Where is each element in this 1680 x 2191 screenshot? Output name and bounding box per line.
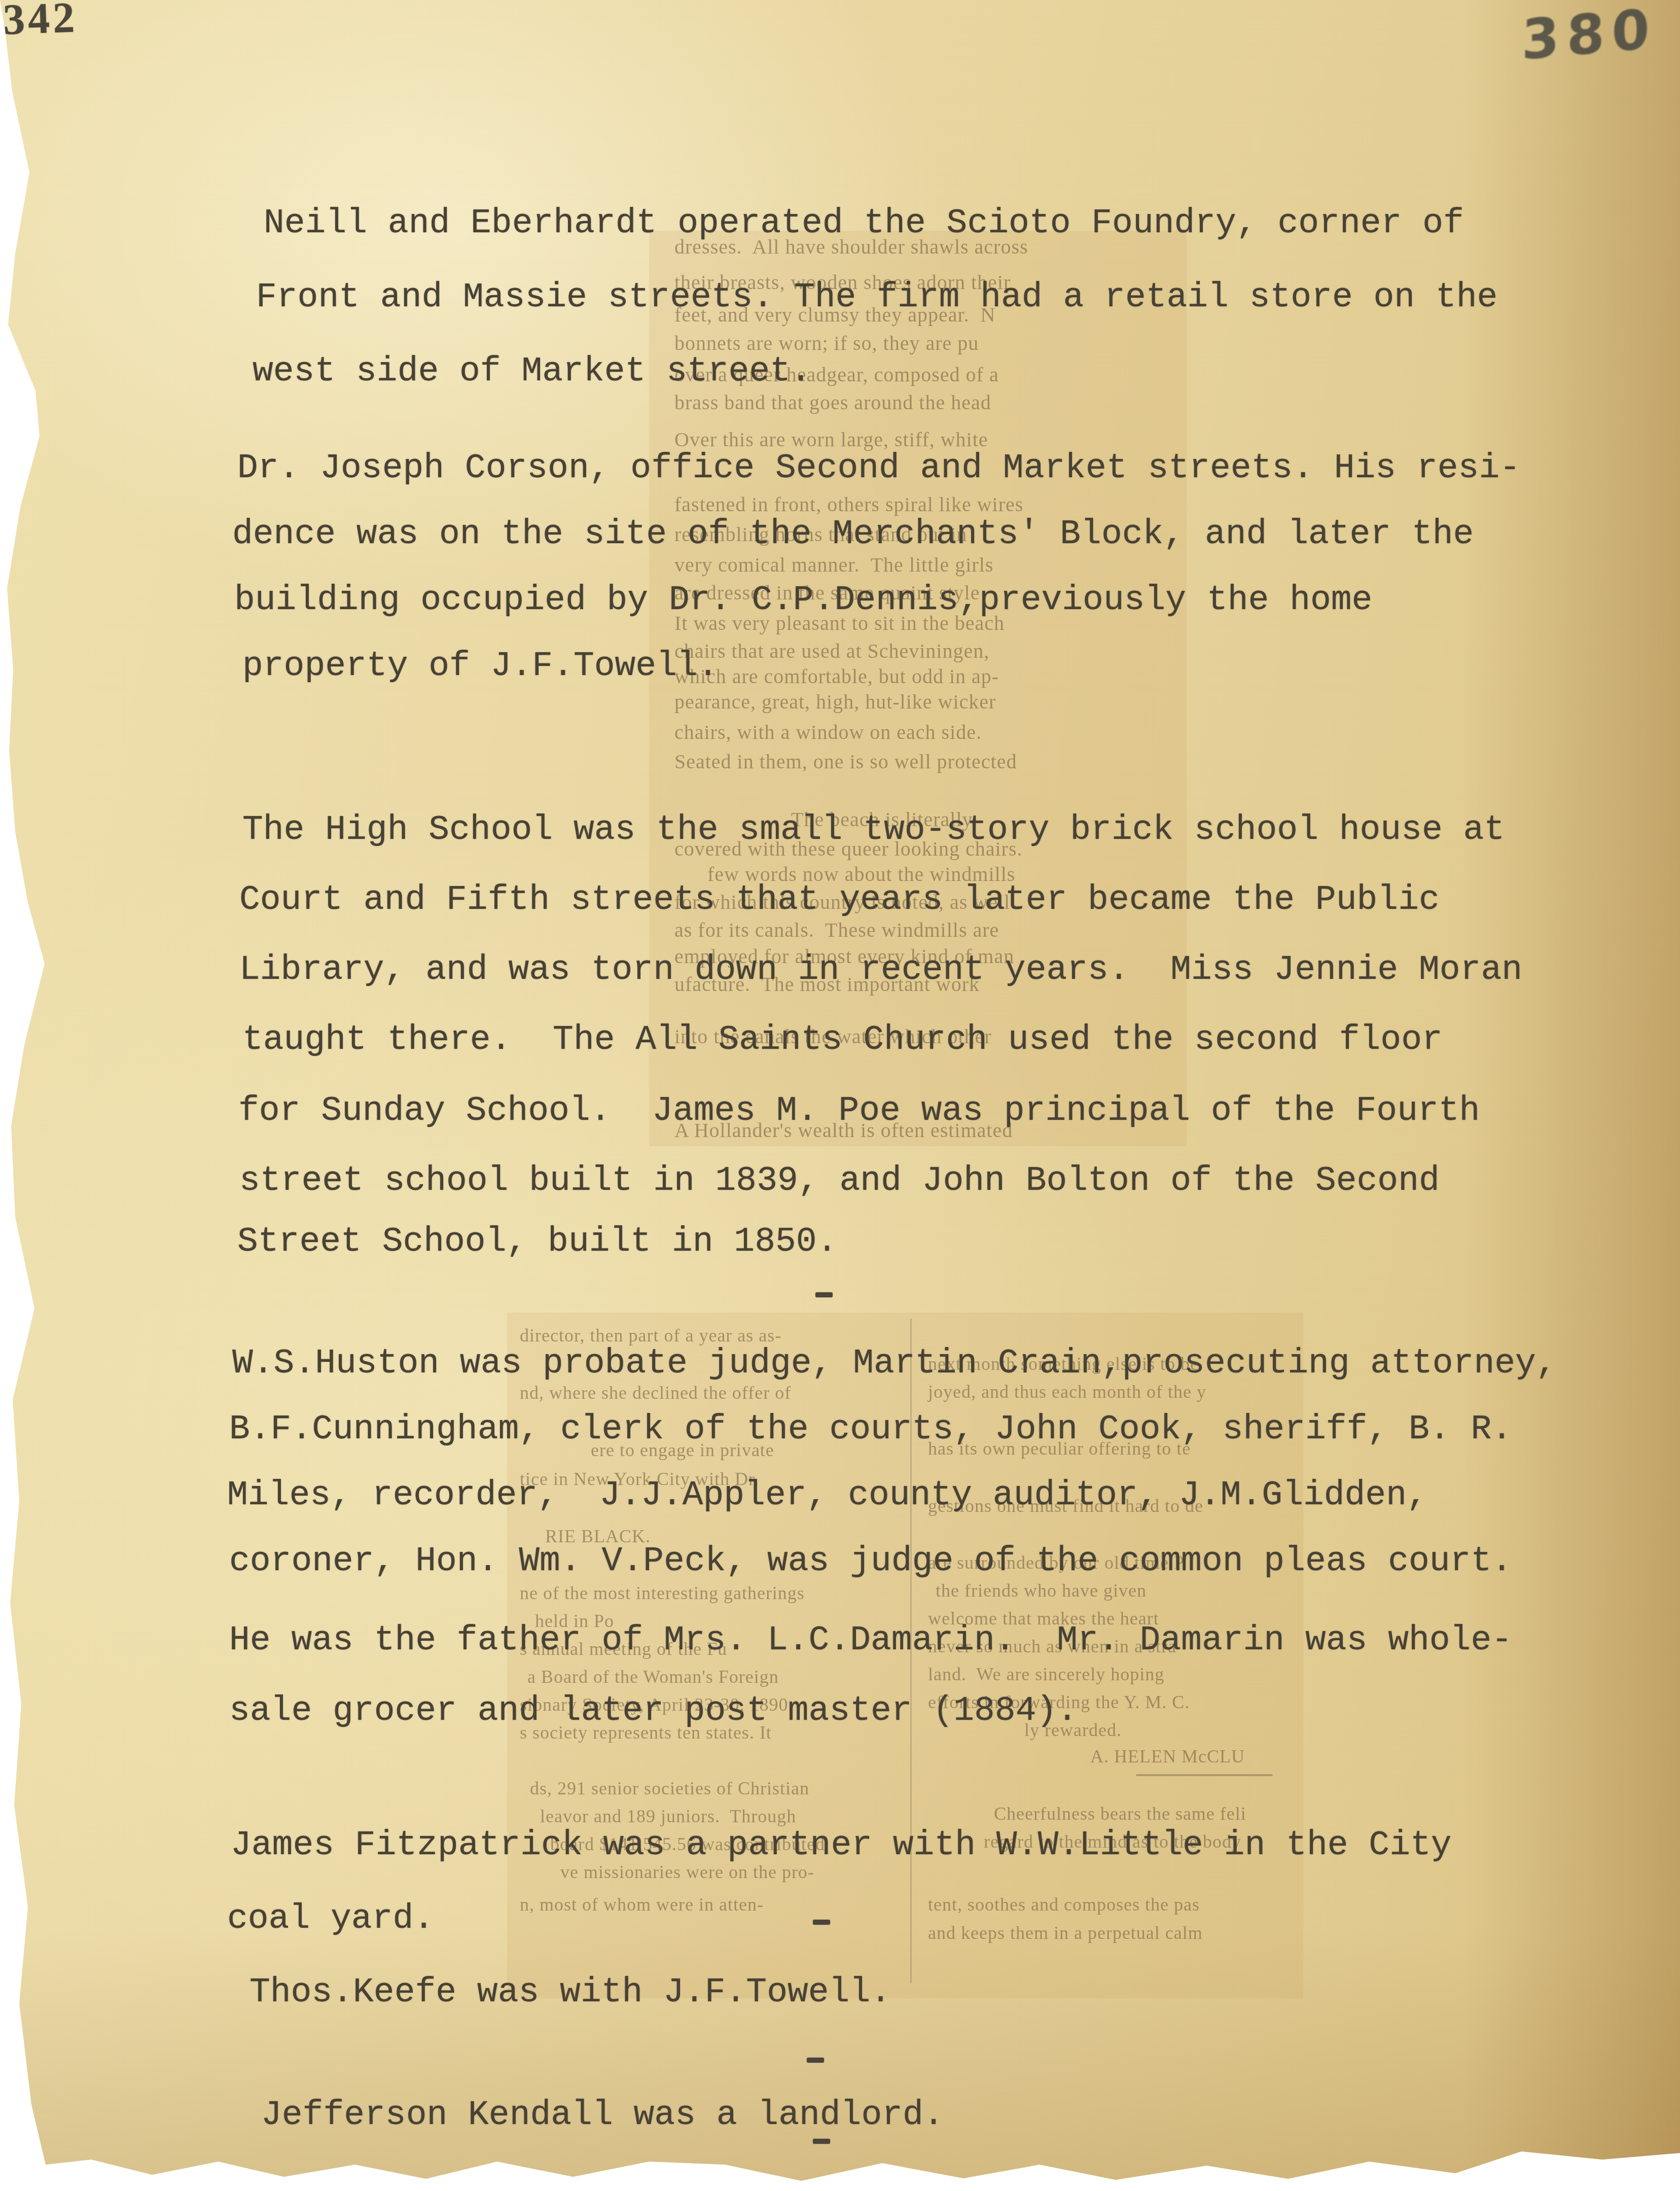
typed-text-line: Miles, recorder, J.J.Appler, county audi… [227, 1476, 1427, 1515]
typed-text-line: W.S.Huston was probate judge, Martin Cra… [232, 1344, 1557, 1383]
handwritten-page-number: 380 [1522, 0, 1657, 73]
typed-dash-separator [813, 2139, 830, 2144]
typed-text-line: for Sunday School. James M. Poe was prin… [238, 1091, 1480, 1130]
typed-text-line: Dr. Joseph Corson, office Second and Mar… [237, 449, 1520, 488]
typed-text-line: The High School was the small two-story … [242, 810, 1505, 850]
scanned-document: { "page_numbers": { "printed": "342", "h… [0, 0, 1680, 2191]
document-page: dresses. All have shoulder shawls across… [0, 0, 1680, 2191]
printed-page-number: 342 [2, 0, 78, 45]
typed-dash-separator [815, 1292, 833, 1297]
typed-text-line: B.F.Cunningham, clerk of the courts, Joh… [229, 1410, 1512, 1449]
typed-text-line: Jefferson Kendall was a landlord. [261, 2096, 944, 2135]
typed-text-line: dence was on the site of the Merchants' … [232, 515, 1474, 554]
typed-text-line: Neill and Eberhardt operated the Scioto … [264, 204, 1464, 243]
typed-text-line: coroner, Hon. Wm. V.Peck, was judge of t… [229, 1542, 1512, 1581]
typed-text-line: taught there. The All Saints Church used… [242, 1020, 1443, 1059]
typed-text-line: coal yard. [227, 1899, 434, 1938]
typed-text-line: Library, and was torn down in recent yea… [239, 950, 1522, 990]
typed-text-line: property of J.F.Towell. [242, 647, 719, 686]
typed-dash-separator [807, 2058, 824, 2063]
typed-text-line: Court and Fifth streets that years later… [239, 880, 1440, 920]
typed-text-line: Street School, built in 1850. [237, 1222, 837, 1261]
typewritten-text-layer: Neill and Eberhardt operated the Scioto … [0, 0, 1680, 2191]
typed-text-line: Front and Massie streets. The firm had a… [256, 278, 1497, 317]
typed-text-line: James Fitzpatrick was a partner with W.W… [231, 1826, 1452, 1865]
typed-text-line: street school built in 1839, and John Bo… [239, 1161, 1440, 1200]
typed-text-line: west side of Market street. [253, 352, 811, 391]
typed-text-line: sale grocer and later post master (1884)… [229, 1691, 1078, 1730]
typed-dash-separator [813, 1920, 830, 1925]
typed-text-line: Thos.Keefe was with J.F.Towell. [249, 1973, 891, 2012]
typed-text-line: He was the father of Mrs. L.C.Damarin. M… [229, 1621, 1512, 1660]
typed-text-line: building occupied by Dr. C.P.Dennis,prev… [234, 581, 1372, 620]
